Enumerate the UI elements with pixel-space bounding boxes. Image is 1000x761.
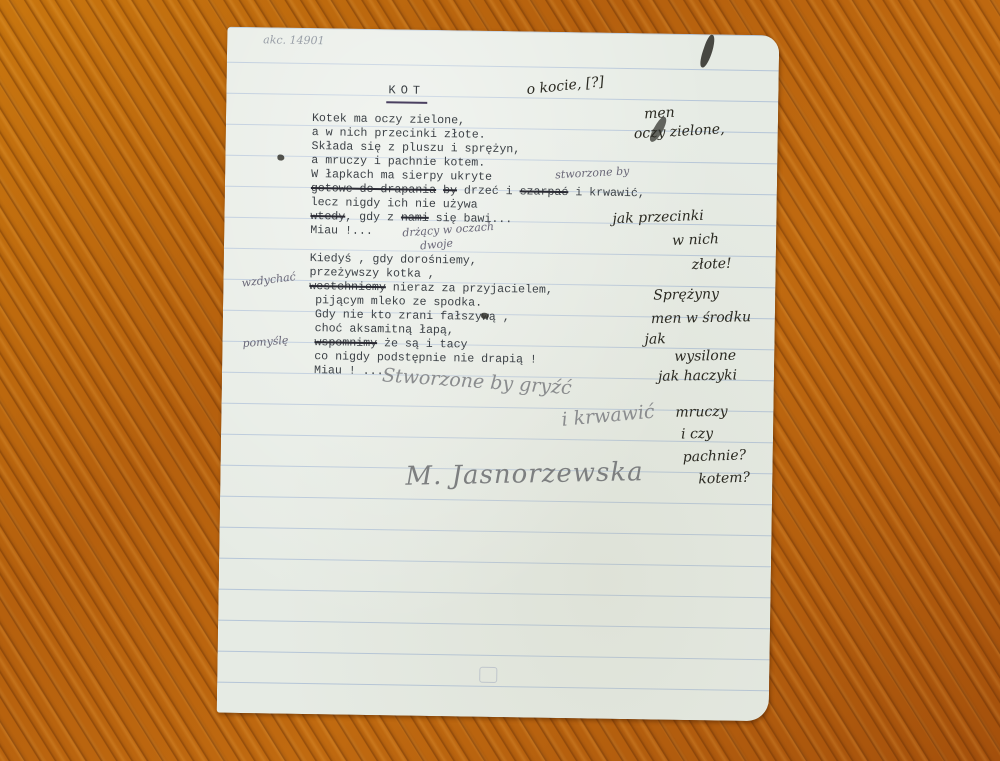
pencil-note-krwawic: i krwawić [561, 401, 656, 431]
ink-note-5: w nich [672, 231, 719, 249]
struck-text: nami [401, 211, 429, 224]
manuscript-page: akc. 14901 KOT Kotek ma oczy zielone, a … [217, 27, 780, 722]
signature: M. Jasnorzewska [405, 457, 644, 492]
pencil-margin-note-2: pomyślę [242, 334, 289, 350]
ink-note-12: mruczy [675, 404, 727, 421]
pencil-annotation-stworzone: stworzone by [555, 164, 630, 181]
ink-note-13: i czy [681, 426, 713, 443]
typed-line-19: Miau ! ... [314, 364, 384, 379]
ink-note-4: jak przecinki [612, 208, 704, 227]
struck-text: wtedy [310, 210, 345, 224]
ink-note-14: pachnie? [682, 447, 746, 465]
ink-blot [277, 155, 284, 161]
pencil-margin-note-1: wzdychać [241, 270, 297, 290]
ink-note-3: oczy zielone, [633, 121, 725, 142]
pencil-note-stworzone-by-gryzc: Stworzone by gryźć [381, 364, 572, 399]
struck-text: szarpać [520, 185, 569, 199]
poem-title: KOT [386, 83, 427, 104]
ink-note-15: kotem? [698, 470, 750, 488]
ink-note-9: jak [644, 331, 665, 347]
archive-number: akc. 14901 [263, 33, 325, 47]
pencil-annotation-dwoje: dwoje [420, 237, 454, 253]
ink-note-6: złote! [691, 256, 731, 273]
ink-note-1: o kocie, [?] [526, 74, 605, 98]
ink-note-7: Sprężyny [653, 286, 719, 303]
struck-text: by [443, 184, 457, 197]
ink-note-8: men w środku [651, 309, 752, 327]
ink-note-11: jak haczyki [658, 367, 737, 385]
ink-blot [698, 34, 718, 69]
struck-text: wspomnimy [314, 336, 377, 350]
ink-note-10: wysilone [674, 348, 736, 365]
struck-text: westchniemy [309, 280, 386, 294]
faint-stamp-mark [479, 667, 497, 683]
ink-blot [481, 313, 489, 319]
typed-line-9: Miau !... [310, 224, 373, 239]
struck-text: gotowe do drapania [311, 182, 436, 197]
